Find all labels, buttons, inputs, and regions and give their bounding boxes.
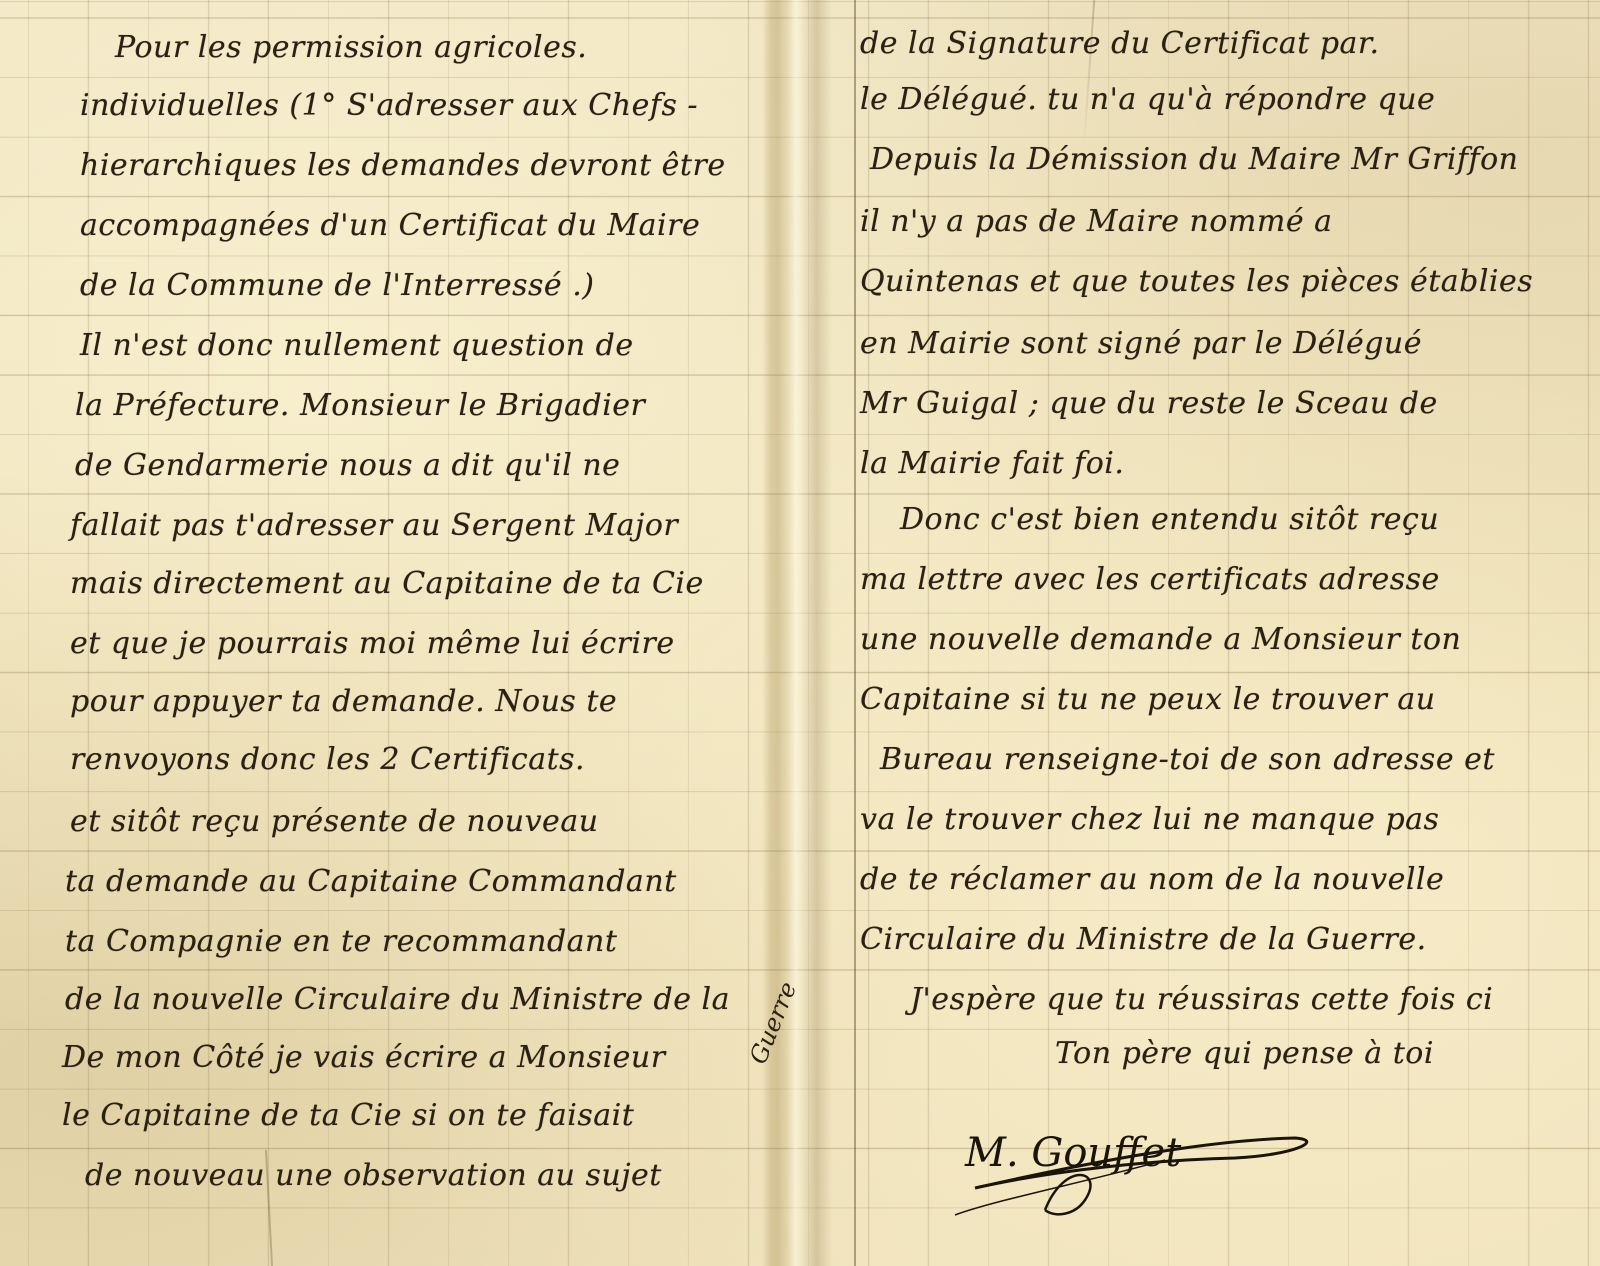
text-line: Depuis la Démission du Maire Mr Griffon [870,142,1519,177]
text-line: Donc c'est bien entendu sitôt reçu [900,502,1439,537]
letter-sheet: Pour les permission agricoles. individue… [0,0,1600,1266]
text-line: de la nouvelle Circulaire du Ministre de… [65,982,730,1017]
text-line: de nouveau une observation au sujet [85,1158,662,1193]
text-line: renvoyons donc les 2 Certificats. [70,742,585,777]
text-line: de Gendarmerie nous a dit qu'il ne [75,448,620,483]
text-line: pour appuyer ta demande. Nous te [70,684,617,719]
text-line: et que je pourrais moi même lui écrire [70,626,675,661]
text-line: et sitôt reçu présente de nouveau [70,804,599,839]
text-line: Pour les permission agricoles. [115,30,587,65]
signature: M. Gouffet [935,1100,1295,1220]
text-line: en Mairie sont signé par le Délégué [860,326,1422,361]
text-line: une nouvelle demande a Monsieur ton [860,622,1461,657]
right-page: de la Signature du Certificat par. le Dé… [830,0,1600,1266]
text-line: ta demande au Capitaine Commandant [65,864,677,899]
text-line: De mon Côté je vais écrire a Monsieur [62,1040,666,1075]
text-line: Bureau renseigne-toi de son adresse et [880,742,1495,777]
text-line: va le trouver chez lui ne manque pas [860,802,1439,837]
text-line: fallait pas t'adresser au Sergent Major [70,508,678,543]
text-line: mais directement au Capitaine de ta Cie [70,566,704,601]
left-page: Pour les permission agricoles. individue… [0,0,770,1266]
text-line: Il n'est donc nullement question de [80,328,634,363]
text-line: le Capitaine de ta Cie si on te faisait [62,1098,634,1133]
text-line: Ton père qui pense à toi [1055,1036,1434,1071]
text-line: de te réclamer au nom de la nouvelle [860,862,1444,897]
text-line: individuelles (1° S'adresser aux Chefs - [80,88,698,123]
text-line: hierarchiques les demandes devront être [80,148,726,183]
text-line: le Délégué. tu n'a qu'à répondre que [860,82,1435,117]
text-line: Mr Guigal ; que du reste le Sceau de [860,386,1438,421]
text-line: Circulaire du Ministre de la Guerre. [860,922,1427,957]
text-line: de la Commune de l'Interressé .) [80,268,594,303]
text-line: ma lettre avec les certificats adresse [860,562,1440,597]
text-line: la Préfecture. Monsieur le Brigadier [75,388,645,423]
text-line: il n'y a pas de Maire nommé a [860,204,1333,239]
text-line: la Mairie fait foi. [860,446,1124,481]
text-line: Quintenas et que toutes les pièces établ… [860,264,1533,299]
text-line: de la Signature du Certificat par. [860,26,1380,61]
text-line: ta Compagnie en te recommandant [65,924,617,959]
center-fold-shadow [762,0,832,1266]
text-line: Capitaine si tu ne peux le trouver au [860,682,1436,717]
text-line: J'espère que tu réussiras cette fois ci [910,982,1493,1017]
signature-name: M. Gouffet [965,1130,1181,1176]
text-line: accompagnées d'un Certificat du Maire [80,208,700,243]
